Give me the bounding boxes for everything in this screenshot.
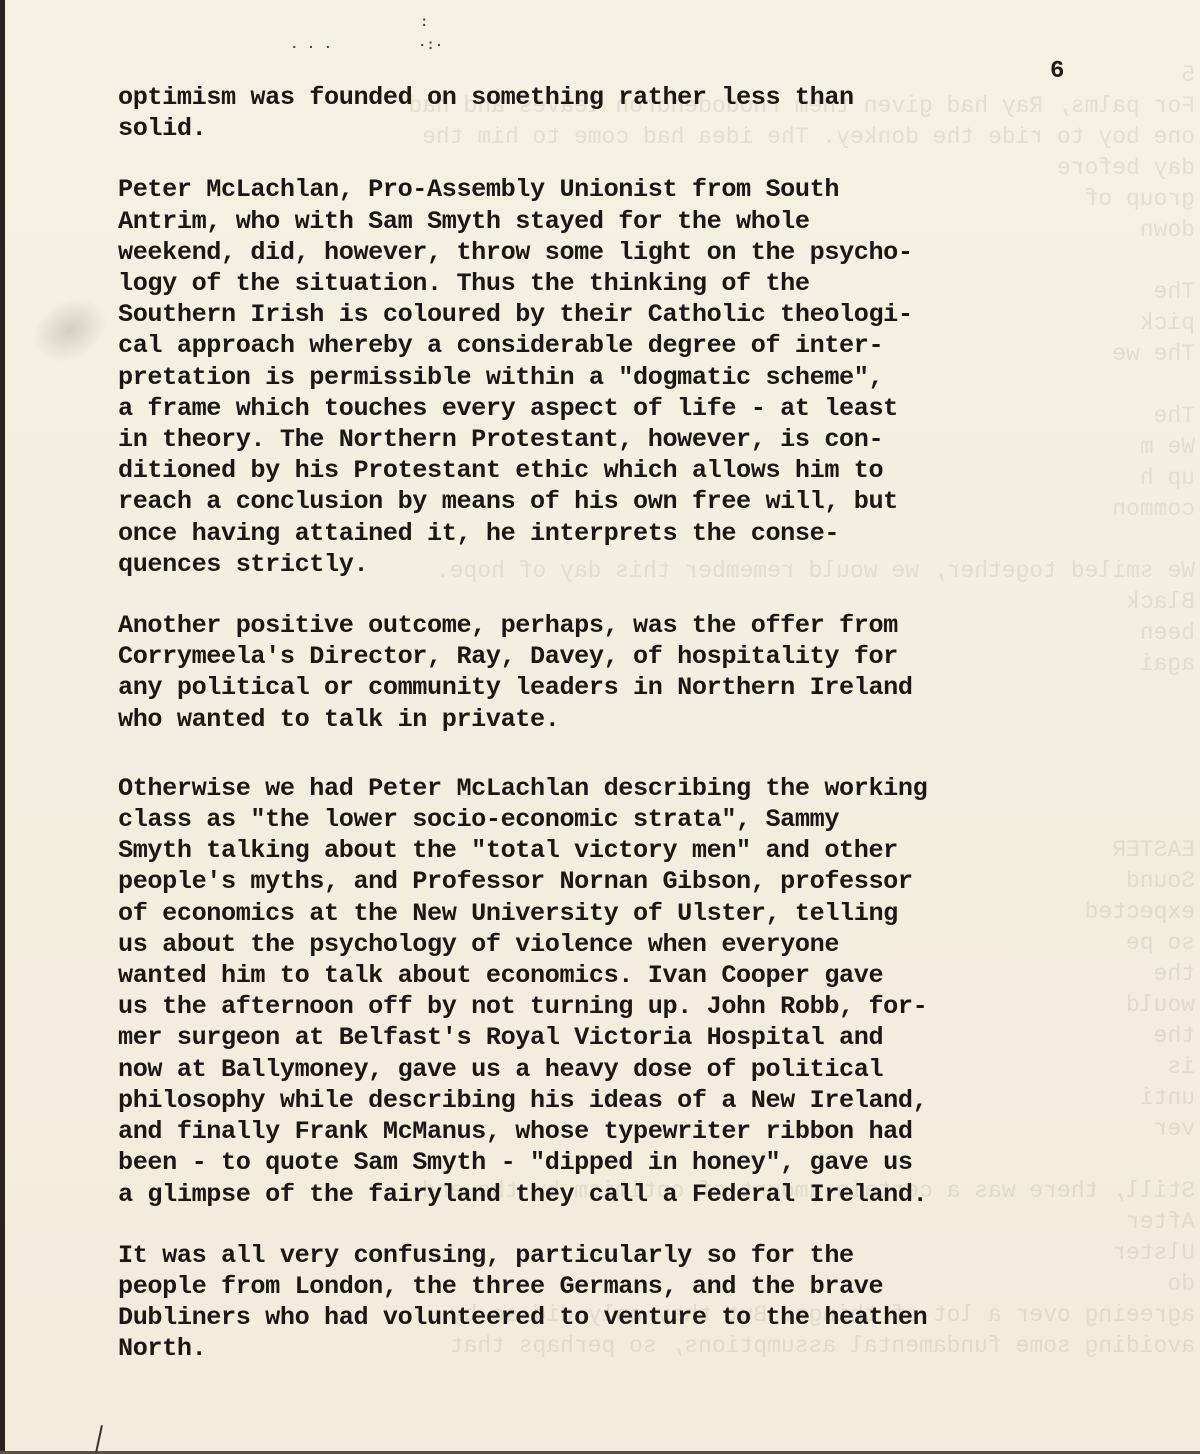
page-number: 6 — [1050, 58, 1064, 85]
document-page: 5 For palms, Ray had given them rhododen… — [0, 0, 1200, 1454]
paragraph: Otherwise we had Peter McLachlan describ… — [118, 773, 1128, 1210]
scan-left-edge — [0, 0, 5, 1454]
speck-mark: : — [420, 15, 428, 31]
pen-mark — [95, 1425, 103, 1453]
paragraph: Peter McLachlan, Pro-Assembly Unionist f… — [118, 174, 1128, 580]
paragraph: optimism was founded on something rather… — [118, 82, 1128, 144]
typewritten-body: optimism was founded on something rather… — [118, 82, 1128, 1395]
paragraph: Another positive outcome, perhaps, was t… — [118, 610, 1128, 735]
speck-mark: ·:· — [418, 38, 443, 54]
speck-mark: · · · — [290, 40, 332, 56]
smudge-mark — [20, 284, 119, 376]
paragraph: It was all very confusing, particularly … — [118, 1240, 1128, 1365]
